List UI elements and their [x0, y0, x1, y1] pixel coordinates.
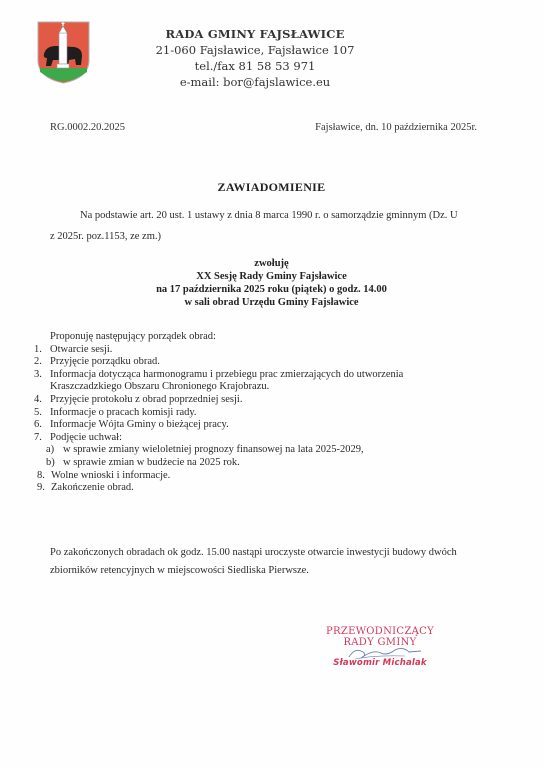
agenda-item-continuation: Kraszczadzkiego Obszaru Chronionego Kraj…	[50, 381, 269, 392]
agenda-item: 7. Podjęcie uchwał:	[0, 432, 543, 445]
convene-verb: zwołuję	[0, 257, 543, 270]
session-location: w sali obrad Urzędu Gminy Fajsławice	[0, 296, 543, 309]
agenda-subitem: a) w sprawie zmiany wieloletniej prognoz…	[0, 444, 543, 457]
closing-line-2: zbiorników retencyjnych w miejscowości S…	[50, 562, 490, 580]
agenda-list: 1. Otwarcie sesji. 2. Przyjęcie porządku…	[0, 344, 543, 495]
agenda-lead: Proponuję następujący porządek obrad:	[0, 331, 543, 344]
handwritten-signature-icon	[345, 643, 425, 663]
closing-paragraph: Po zakończonych obradach ok godz. 15.00 …	[50, 544, 490, 580]
reference-number: RG.0002.20.2025	[50, 122, 125, 133]
agenda-item: 2. Przyjęcie porządku obrad.	[0, 356, 543, 369]
letterhead: RADA GMINY FAJSŁAWICE 21-060 Fajsławice,…	[150, 26, 360, 90]
agenda: Proponuję następujący porządek obrad: 1.…	[0, 331, 543, 495]
legal-basis-line-2: z 2025r. poz.1153, ze zm.)	[50, 231, 161, 242]
agenda-item: 5. Informacje o pracach komisji rady.	[0, 407, 543, 420]
agenda-item: 8. Wolne wnioski i informacje.	[0, 470, 543, 483]
session-name: XX Sesję Rady Gminy Fajsławice	[0, 270, 543, 283]
organization-name: RADA GMINY FAJSŁAWICE	[150, 26, 360, 42]
closing-line-1: Po zakończonych obradach ok godz. 15.00 …	[50, 544, 490, 562]
legal-basis-line-1: Na podstawie art. 20 ust. 1 ustawy z dni…	[50, 205, 470, 226]
legal-basis-paragraph: Na podstawie art. 20 ust. 1 ustawy z dni…	[50, 205, 470, 247]
session-announcement: zwołuję XX Sesję Rady Gminy Fajsławice n…	[0, 257, 543, 309]
agenda-item: 9. Zakończenie obrad.	[0, 482, 543, 495]
signatory-role: PRZEWODNICZĄCY	[310, 626, 450, 637]
agenda-item: 1. Otwarcie sesji.	[0, 344, 543, 357]
organization-email[interactable]: e-mail: bor@fajslawice.eu	[150, 74, 360, 90]
organization-phone: tel./fax 81 58 53 971	[150, 58, 360, 74]
agenda-item: 4. Przyjęcie protokołu z obrad poprzedni…	[0, 394, 543, 407]
place-and-date: Fajsławice, dn. 10 października 2025r.	[315, 122, 477, 133]
document-page: RADA GMINY FAJSŁAWICE 21-060 Fajsławice,…	[0, 0, 543, 768]
document-title: ZAWIADOMIENIE	[0, 180, 543, 195]
agenda-subitem: b) w sprawie zmian w budżecie na 2025 ro…	[0, 457, 543, 470]
session-datetime: na 17 października 2025 roku (piątek) o …	[0, 283, 543, 296]
agenda-item: 3. Informacja dotycząca harmonogramu i p…	[0, 369, 543, 394]
organization-address: 21-060 Fajsławice, Fajsławice 107	[150, 42, 360, 58]
coat-of-arms-icon	[36, 20, 91, 85]
agenda-item: 6. Informacje Wójta Gminy o bieżącej pra…	[0, 419, 543, 432]
